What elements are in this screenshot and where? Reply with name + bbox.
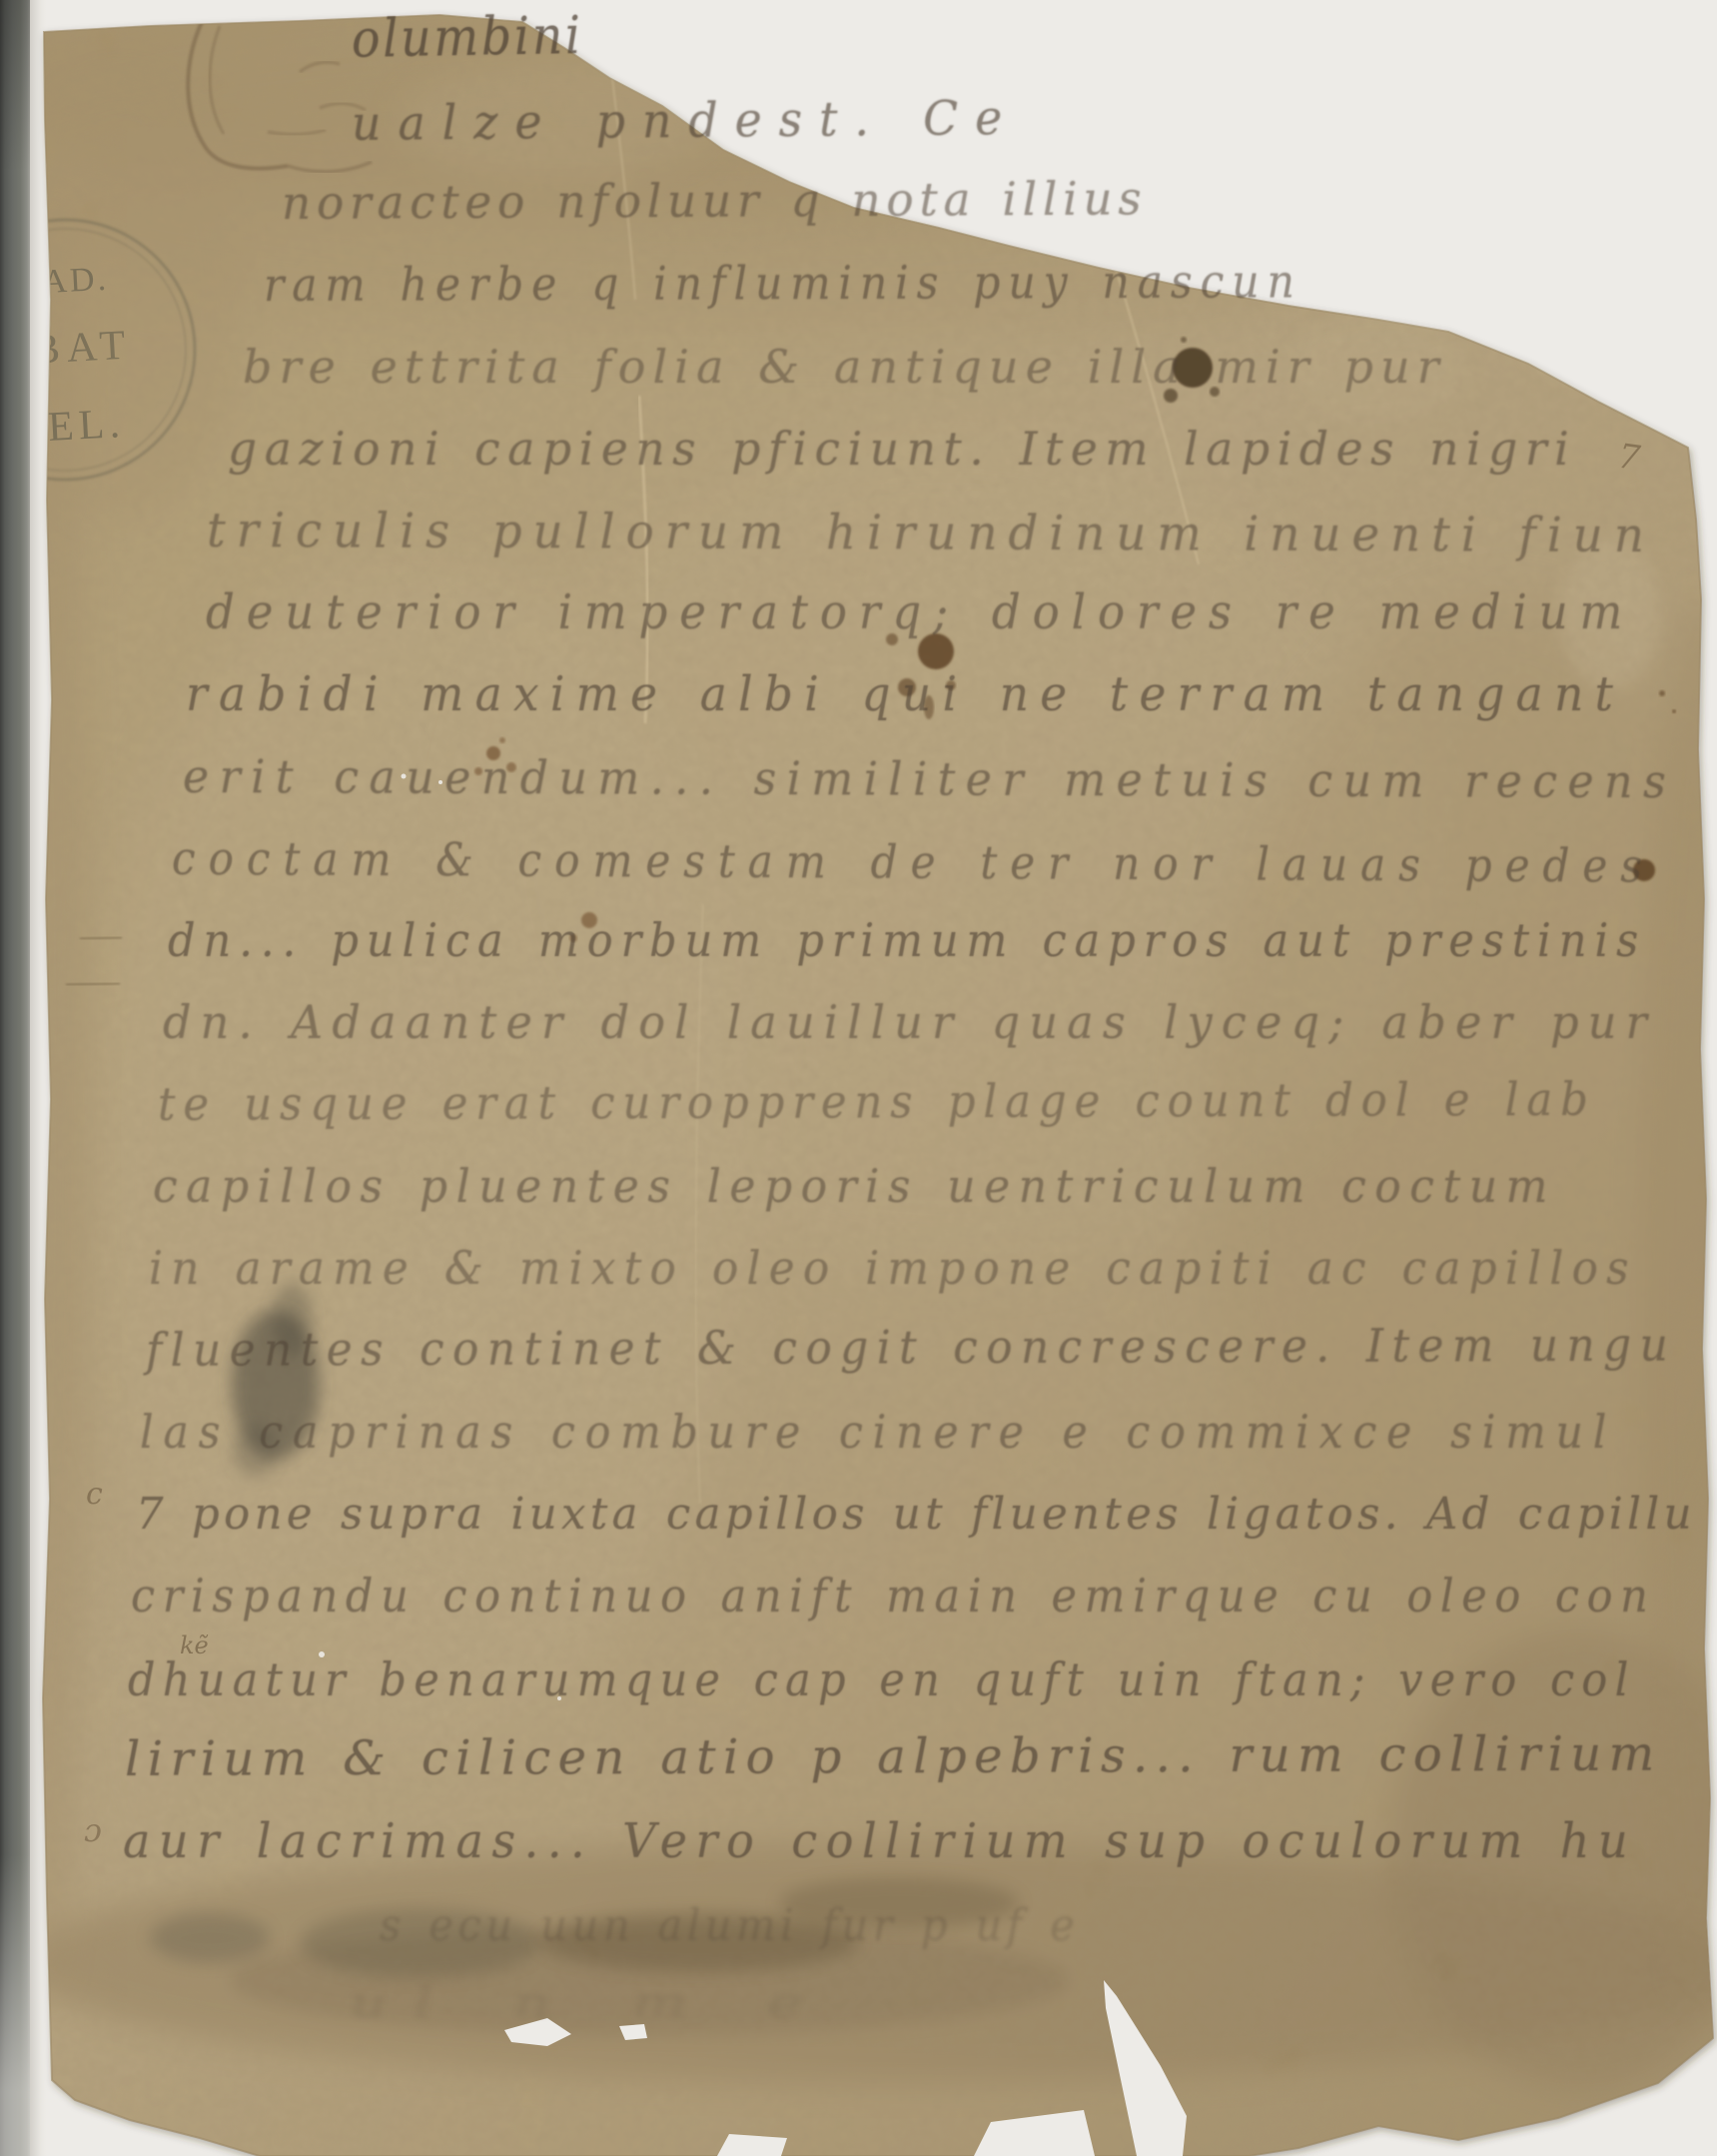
scanned-page: AD. BAT EL. <box>0 0 1717 2156</box>
manuscript-line: dn... pulica morbum primum capros aut pr… <box>168 917 1646 963</box>
manuscript-line: dn. Adaanter dol lauillur quas lyceq; ab… <box>163 999 1656 1045</box>
manuscript-line: crispandu continuo anift main emirque cu… <box>131 1573 1656 1618</box>
manuscript-line: capillos pluentes leporis uentriculum co… <box>153 1163 1556 1209</box>
manuscript-text-layer: olumbiniualze pndest. Cenoracteo nfoluur… <box>0 0 1717 2156</box>
manuscript-line: in arame & mixto oleo impone capiti ac c… <box>149 1245 1637 1291</box>
manuscript-line: noracteo nfoluur q nota illius <box>282 176 1148 227</box>
manuscript-line: ram herbe q influminis puy nascun <box>264 259 1302 309</box>
manuscript-line: dhuatur benarumque cap en quft uin ftan;… <box>128 1656 1636 1702</box>
manuscript-line: aur lacrimas... Vero collirium sup oculo… <box>123 1817 1636 1865</box>
manuscript-line: coctam & comestam de ter nor lauas pedes <box>172 835 1655 889</box>
manuscript-line: lirium & cilicen atio p alpebris... rum … <box>125 1730 1662 1783</box>
manuscript-line: triculis pullorum hirundinum inuenti fiu… <box>207 507 1655 559</box>
manuscript-line: ualze pndest. Ce <box>352 94 1020 148</box>
manuscript-line: te usque erat curopprens plage count dol… <box>158 1076 1596 1127</box>
manuscript-line: rabidi maxime albi qui ne terram tangant <box>186 670 1624 718</box>
manuscript-line: olumbini <box>352 10 584 66</box>
manuscript-line: deuterior imperatorq; dolores re medium <box>206 588 1634 636</box>
manuscript-line: erit cauendum... similiter metuis cum re… <box>183 753 1676 804</box>
manuscript-line: gazioni capiens pficiunt. Item lapides n… <box>228 426 1576 472</box>
margin-mark: 7 <box>1616 440 1642 477</box>
margin-mark: kẽ <box>180 1633 209 1657</box>
manuscript-line: fluentes continet & cogit concrescere. I… <box>146 1322 1676 1373</box>
manuscript-line: 7 pone supra iuxta capillos ut fluentes … <box>136 1493 1696 1537</box>
margin-mark: c <box>86 1480 103 1510</box>
manuscript-line: s ecu uun alumi fur p uf e <box>380 1904 1079 1948</box>
manuscript-line: las caprinas combure cinere e commixce s… <box>140 1409 1616 1455</box>
manuscript-line: bre ettrita folia & antique illa mir pur <box>243 344 1446 390</box>
margin-mark: ɔ <box>84 1814 102 1846</box>
manuscript-line: ul n m e <box>350 1982 829 2024</box>
